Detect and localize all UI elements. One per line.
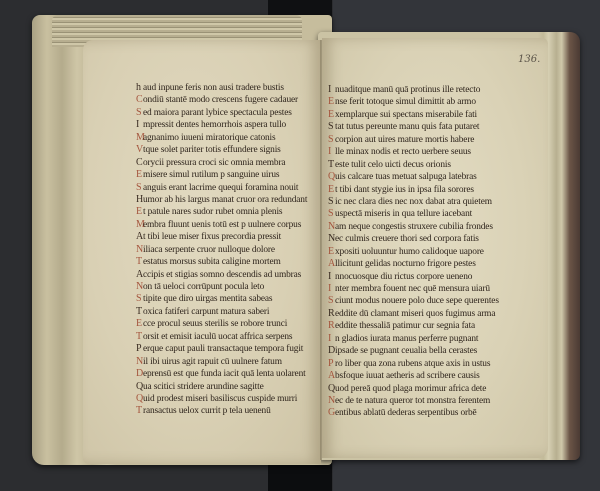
rubricated-initial: S (328, 208, 335, 219)
rubricated-initial: A (328, 370, 335, 381)
line-text: orycii pressura croci sic omnia membra (143, 158, 326, 168)
line-text: ondiū stantē modo crescens fugere cadaue… (143, 95, 326, 105)
manuscript-line: At tibi leue miser fixus precordia press… (136, 231, 326, 243)
line-text: ec de te natura queror tot monstra feren… (335, 396, 533, 406)
line-text: am neque congestis struxere cubilia fron… (335, 222, 533, 232)
manuscript-line: Ille minax nodis et recto uerbere seuus (328, 146, 533, 158)
rubricated-initial: S (136, 293, 143, 304)
line-text: tat tutus pereunte manu quis fata putare… (335, 122, 533, 132)
line-text: xpositi uoluuntur humo calidoque uapore (335, 247, 533, 257)
rubricated-initial: N (136, 356, 143, 367)
line-text: eddite thessaliā patimur cur segnia fata (335, 321, 533, 331)
rubricated-initial: S (136, 107, 143, 118)
manuscript-line: Exemplarque sui spectans miserabile fati (328, 109, 533, 121)
rubricated-initial: T (136, 405, 143, 416)
manuscript-line: Toxica fatiferi carpunt matura saberi (136, 306, 326, 318)
line-text: ed maiora parant lybice spectacula peste… (143, 108, 326, 118)
line-text: xemplarque sui spectans miserabile fati (335, 110, 533, 120)
manuscript-line: Innocuosque diu rictus corpore ueneno (328, 271, 533, 283)
line-text: eprensū est que funda iacit quā lenta uo… (143, 369, 326, 379)
rubricated-initial: T (136, 331, 143, 342)
rubricated-initial: E (328, 109, 335, 120)
rubricated-initial: G (328, 407, 335, 418)
rubricated-initial: P (328, 358, 335, 369)
line-text: orsit et emisit iaculū uocat affrica ser… (143, 332, 326, 342)
line-text: nuaditque manū quā protinus ille retecto (335, 85, 533, 95)
line-text: erque caput pauli transactaque tempora f… (143, 344, 326, 354)
rubricated-initial: E (328, 96, 335, 107)
manuscript-line: Corycii pressura croci sic omnia membra (136, 157, 326, 169)
rubricated-initial: Q (328, 383, 335, 394)
manuscript-line: Gentibus ablatū dederas serpentibus orbē (328, 407, 533, 419)
manuscript-line: Pro liber qua zona rubens atque axis in … (328, 358, 533, 370)
line-text: il ibi uirus agit rapuit cū uulnere fatu… (143, 357, 326, 367)
line-text: ciunt modus nouere polo duce sepe queren… (335, 296, 533, 306)
rubricated-initial: V (136, 144, 143, 155)
rubricated-initial: E (136, 169, 143, 180)
rubricated-initial: S (328, 121, 335, 132)
rubricated-initial: A (136, 231, 143, 242)
rubricated-initial: I (328, 271, 335, 282)
rubricated-initial: E (136, 206, 143, 217)
rubricated-initial: I (328, 146, 335, 157)
line-text: nter membra fouent nec quē mensura uiarū (335, 284, 533, 294)
line-text: uod pereā quod plaga morimur africa dete (335, 384, 533, 394)
line-text: ransactus uelox currit p tela uenenū (143, 406, 326, 416)
manuscript-line: Accipis et stigias somno descendis ad um… (136, 269, 326, 281)
rubricated-initial: A (136, 269, 143, 280)
line-text: nse ferit totoque simul dimittit ab armo (335, 97, 533, 107)
manuscript-line: Nam neque congestis struxere cubilia fro… (328, 221, 533, 233)
manuscript-line: Humor ab his largus manat cruor ora redu… (136, 194, 326, 206)
manuscript-line: Dipsade se pugnant ceualia bella ceraste… (328, 345, 533, 357)
rubricated-initial: S (328, 196, 335, 207)
line-text: on tā ueloci corrūpunt pocula leto (143, 282, 326, 292)
line-text: t tibi dant stygie ius in ipsa fila soro… (335, 185, 533, 195)
line-text: llicitunt gelidas nocturno frigore peste… (335, 259, 533, 269)
rubricated-initial: I (328, 283, 335, 294)
rubricated-initial: h (136, 82, 143, 93)
line-text: cce procul seuus sterilis se robore trun… (143, 319, 326, 329)
rubricated-initial: H (136, 194, 143, 205)
manuscript-line: Sed maiora parant lybice spectacula pest… (136, 107, 326, 119)
manuscript-line: Et patule nares sudor rubet omnia plenis (136, 206, 326, 218)
rubricated-initial: S (328, 295, 335, 306)
line-text: aud inpune feris non ausi tradere bustis (143, 83, 326, 93)
line-text: ro liber qua zona rubens atque axis in u… (335, 359, 533, 369)
manuscript-line: Testatus morsus subita caligine mortem (136, 256, 326, 268)
manuscript-line: Sic nec clara dies nec nox dabat atra qu… (328, 196, 533, 208)
manuscript-line: Expositi uoluuntur humo calidoque uapore (328, 246, 533, 258)
manuscript-line: Teste tulit celo uicti decus orionis (328, 159, 533, 171)
rubricated-initial: N (328, 233, 335, 244)
rubricated-initial: A (328, 258, 335, 269)
rubricated-initial: C (136, 94, 143, 105)
line-text: ua scitici stridere arundine sagitte (143, 382, 326, 392)
manuscript-line: Inuaditque manū quā protinus ille retect… (328, 84, 533, 96)
line-text: tipite que diro uirgas mentita sabeas (143, 294, 326, 304)
manuscript-line: Deprensū est que funda iacit quā lenta u… (136, 368, 326, 380)
line-text: este tulit celo uicti decus orionis (335, 160, 533, 170)
manuscript-line: Inter membra fouent nec quē mensura uiar… (328, 283, 533, 295)
manuscript-line: Niliaca serpente cruor nulloque dolore (136, 244, 326, 256)
rubricated-initial: E (136, 318, 143, 329)
rubricated-initial: R (328, 308, 335, 319)
recto-text-column: Inuaditque manū quā protinus ille retect… (328, 84, 533, 420)
line-text: estatus morsus subita caligine mortem (143, 257, 326, 267)
line-text: nnocuosque diu rictus corpore ueneno (335, 272, 533, 282)
rubricated-initial: P (136, 343, 143, 354)
line-text: iliaca serpente cruor nulloque dolore (143, 245, 326, 255)
line-text: ccipis et stigias somno descendis ad umb… (143, 270, 326, 280)
manuscript-line: Nec de te natura queror tot monstra fere… (328, 395, 533, 407)
line-text: embra fluunt uenis totū est p uulnere co… (143, 220, 326, 230)
rubricated-initial: Q (328, 171, 335, 182)
manuscript-line: Quid prodest miseri basiliscus cuspide m… (136, 393, 326, 405)
line-text: t patule nares sudor rubet omnia plenis (143, 207, 326, 217)
manuscript-line: Sanguis erant lacrime quequi foramina no… (136, 182, 326, 194)
manuscript-line: Vtque solet pariter totis effundere sign… (136, 144, 326, 156)
line-text: oxica fatiferi carpunt matura saberi (143, 307, 326, 317)
manuscript-line: Perque caput pauli transactaque tempora … (136, 343, 326, 355)
rubricated-initial: T (136, 256, 143, 267)
manuscript-line: Allicitunt gelidas nocturno frigore pest… (328, 258, 533, 270)
line-text: t tibi leue miser fixus precordia pressi… (143, 232, 326, 242)
rubricated-initial: T (328, 159, 335, 170)
rubricated-initial: D (328, 345, 335, 356)
rubricated-initial: N (328, 395, 335, 406)
manuscript-line: Sciunt modus nouere polo duce sepe quere… (328, 295, 533, 307)
line-text: uspectā miseris in qua tellure iacebant (335, 209, 533, 219)
rubricated-initial: D (136, 368, 143, 379)
line-text: ec culmis creuere thori sed corpora fati… (335, 234, 533, 244)
manuscript-line: Ecce procul seuus sterilis se robore tru… (136, 318, 326, 330)
manuscript-line: Scorpion aut uires mature mortis habere (328, 134, 533, 146)
line-text: n gladios iurata manus perferre pugnant (335, 334, 533, 344)
line-text: ipsade se pugnant ceualia bella cerastes (335, 346, 533, 356)
line-text: uid prodest miseri basiliscus cuspide mu… (143, 394, 326, 404)
manuscript-line: Nec culmis creuere thori sed corpora fat… (328, 233, 533, 245)
rubricated-initial: S (136, 182, 143, 193)
manuscript-line: Magnanimo iuueni miratorique catonis (136, 132, 326, 144)
line-text: corpion aut uires mature mortis habere (335, 135, 533, 145)
rubricated-initial: T (136, 306, 143, 317)
rubricated-initial: Q (136, 381, 143, 392)
manuscript-line: Transactus uelox currit p tela uenenū (136, 405, 326, 417)
line-text: entibus ablatū dederas serpentibus orbē (335, 408, 533, 418)
manuscript-line: Membra fluunt uenis totū est p uulnere c… (136, 219, 326, 231)
manuscript-line: haud inpune feris non ausi tradere busti… (136, 82, 326, 94)
line-text: tque solet pariter totis effundere signi… (143, 145, 326, 155)
line-text: misere simul rutilum p sanguine uirus (143, 170, 326, 180)
rubricated-initial: I (328, 84, 335, 95)
rubricated-initial: I (136, 119, 143, 130)
line-text: umor ab his largus manat cruor ora redun… (143, 195, 326, 205)
line-text: lle minax nodis et recto uerbere seuus (335, 147, 533, 157)
manuscript-line: Quis calcare tuas metuat salpuga latebra… (328, 171, 533, 183)
manuscript-line: Nil ibi uirus agit rapuit cū uulnere fat… (136, 356, 326, 368)
line-text: agnanimo iuueni miratorique catonis (143, 133, 326, 143)
rubricated-initial: M (136, 132, 143, 143)
folio-number: 136. (518, 54, 540, 65)
rubricated-initial: M (136, 219, 143, 230)
manuscript-line: Emisere simul rutilum p sanguine uirus (136, 169, 326, 181)
manuscript-line: Reddite thessaliā patimur cur segnia fat… (328, 320, 533, 332)
verso-text-column: haud inpune feris non ausi tradere busti… (136, 82, 326, 418)
rubricated-initial: S (328, 134, 335, 145)
line-text: mpressit dentes hemorrhois aspera tullo (143, 120, 326, 130)
rubricated-initial: E (328, 246, 335, 257)
manuscript-line: Absfoque iuuat aetheris ad scribere caus… (328, 370, 533, 382)
manuscript-line: Qua scitici stridere arundine sagitte (136, 381, 326, 393)
rubricated-initial: R (328, 320, 335, 331)
line-text: bsfoque iuuat aetheris ad scribere causi… (335, 371, 533, 381)
manuscript-line: Non tā ueloci corrūpunt pocula leto (136, 281, 326, 293)
rubricated-initial: I (328, 333, 335, 344)
rubricated-initial: E (328, 184, 335, 195)
manuscript-line: Torsit et emisit iaculū uocat affrica se… (136, 331, 326, 343)
manuscript-line: Condiū stantē modo crescens fugere cadau… (136, 94, 326, 106)
line-text: anguis erant lacrime quequi foramina nou… (143, 183, 326, 193)
rubricated-initial: Q (136, 393, 143, 404)
manuscript-line: Ense ferit totoque simul dimittit ab arm… (328, 96, 533, 108)
manuscript-line: Et tibi dant stygie ius in ipsa fila sor… (328, 184, 533, 196)
rubricated-initial: C (136, 157, 143, 168)
manuscript-line: Reddite dū clamant miseri quos fugimus a… (328, 308, 533, 320)
manuscript-line: Suspectā miseris in qua tellure iacebant (328, 208, 533, 220)
line-text: eddite dū clamant miseri quos fugimus ar… (335, 309, 533, 319)
manuscript-line: Impressit dentes hemorrhois aspera tullo (136, 119, 326, 131)
rubricated-initial: N (136, 281, 143, 292)
manuscript-line: Stipite que diro uirgas mentita sabeas (136, 293, 326, 305)
line-text: uis calcare tuas metuat salpuga latebras (335, 172, 533, 182)
manuscript-line: In gladios iurata manus perferre pugnant (328, 333, 533, 345)
manuscript-line: Quod pereā quod plaga morimur africa det… (328, 383, 533, 395)
line-text: ic nec clara dies nec nox dabat atra qui… (335, 197, 533, 207)
rubricated-initial: N (328, 221, 335, 232)
manuscript-line: Stat tutus pereunte manu quis fata putar… (328, 121, 533, 133)
rubricated-initial: N (136, 244, 143, 255)
